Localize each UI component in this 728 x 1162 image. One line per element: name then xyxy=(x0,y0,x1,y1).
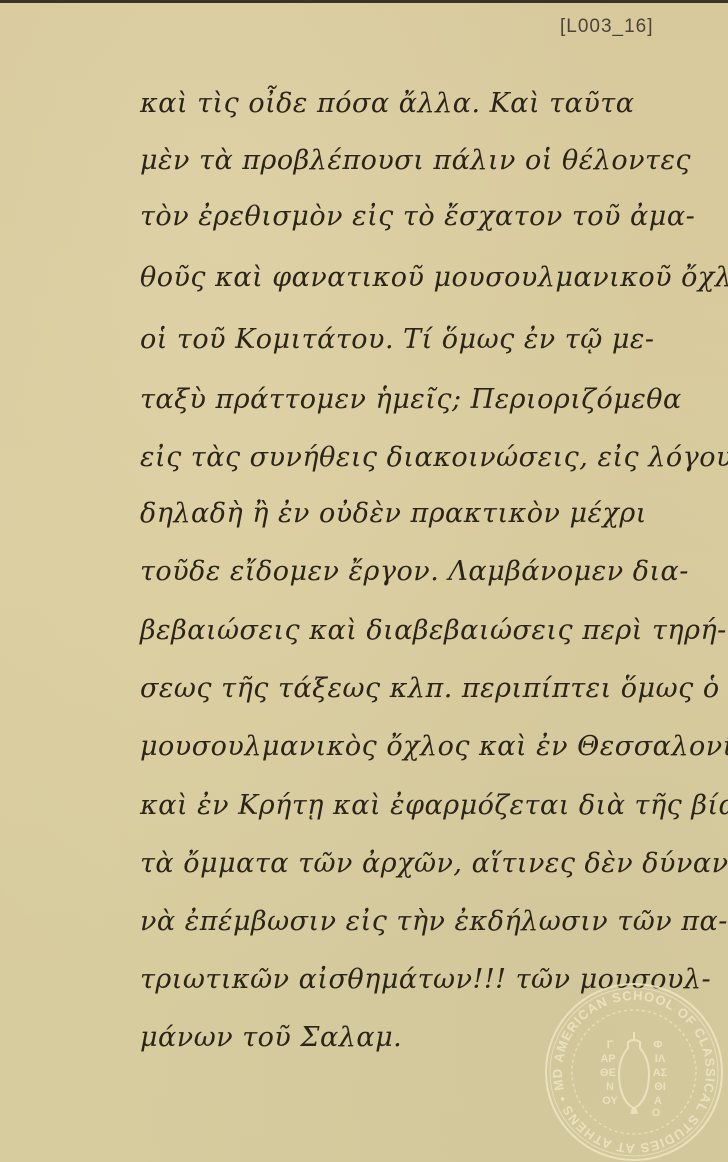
svg-text:Ν: Ν xyxy=(606,1081,614,1093)
svg-text:ΙΛ: ΙΛ xyxy=(655,1053,666,1065)
svg-text:Α: Α xyxy=(654,1095,662,1107)
svg-text:Φ: Φ xyxy=(653,1039,662,1051)
ascsa-seal-stamp-icon: AMERICAN SCHOOL OF CLASSICAL STUDIES AT … xyxy=(544,982,724,1162)
svg-text:ΘΕ: ΘΕ xyxy=(600,1067,616,1079)
manuscript-page: [L003_16] καὶ τὶς οἶδε πόσα ἄλλα. Καὶ τα… xyxy=(0,0,728,1162)
svg-text:Γ: Γ xyxy=(607,1039,614,1051)
svg-text:ΑΣ: ΑΣ xyxy=(653,1067,668,1079)
text-line: ταξὺ πράττομεν ἡμεῖς; Περιοριζόμεθα xyxy=(140,384,682,415)
archive-reference-label: [L003_16] xyxy=(560,16,654,38)
text-line: βεβαιώσεις καὶ διαβεβαιώσεις περὶ τηρή- xyxy=(140,615,727,646)
text-line: εἰς τὰς συνήθεις διακοινώσεις, εἰς λόγου… xyxy=(140,442,728,473)
text-line: μουσουλμανικὸς ὄχλος καὶ ἐν Θεσσαλονίκῃ xyxy=(140,731,728,762)
text-line: τὸν ἐρεθισμὸν εἰς τὸ ἔσχατον τοῦ ἀμα- xyxy=(140,201,695,232)
svg-text:ΘΙ: ΘΙ xyxy=(654,1081,666,1093)
text-line: δηλαδὴ ἢ ἐν οὐδὲν πρακτικὸν μέχρι xyxy=(140,498,647,529)
text-line: οἱ τοῦ Κομιτάτου. Τί ὅμως ἐν τῷ με- xyxy=(140,324,655,355)
svg-text:AMERICAN SCHOOL OF CLASSICAL S: AMERICAN SCHOOL OF CLASSICAL STUDIES AT … xyxy=(544,982,718,1156)
text-line: σεως τῆς τάξεως κλπ. περιπίπτει ὅμως ὁ xyxy=(140,673,720,704)
scan-top-edge xyxy=(0,0,728,3)
svg-text:ΑΡ: ΑΡ xyxy=(600,1053,615,1065)
text-line: καὶ ἐν Κρήτῃ καὶ ἐφαρμόζεται διὰ τῆς βία… xyxy=(140,790,728,821)
text-line: μὲν τὰ προβλέπουσι πάλιν οἱ θέλοντες xyxy=(140,145,691,176)
text-line: νὰ ἐπέμβωσιν εἰς τὴν ἐκδήλωσιν τῶν πα- xyxy=(140,906,728,937)
text-line: μάνων τοῦ Σαλαμ. xyxy=(140,1022,402,1053)
text-line: θοῦς καὶ φανατικοῦ μουσουλμανικοῦ ὄχλου xyxy=(140,262,728,293)
svg-text:ΟΥ: ΟΥ xyxy=(602,1095,618,1107)
text-line: τοῦδε εἴδομεν ἔργον. Λαμβάνομεν δια- xyxy=(140,556,689,587)
text-line: τὰ ὄμματα τῶν ἀρχῶν, αἵτινες δὲν δύναντα… xyxy=(140,848,728,879)
svg-text:Ο: Ο xyxy=(652,1107,661,1119)
text-line: καὶ τὶς οἶδε πόσα ἄλλα. Καὶ ταῦτα xyxy=(140,88,634,119)
